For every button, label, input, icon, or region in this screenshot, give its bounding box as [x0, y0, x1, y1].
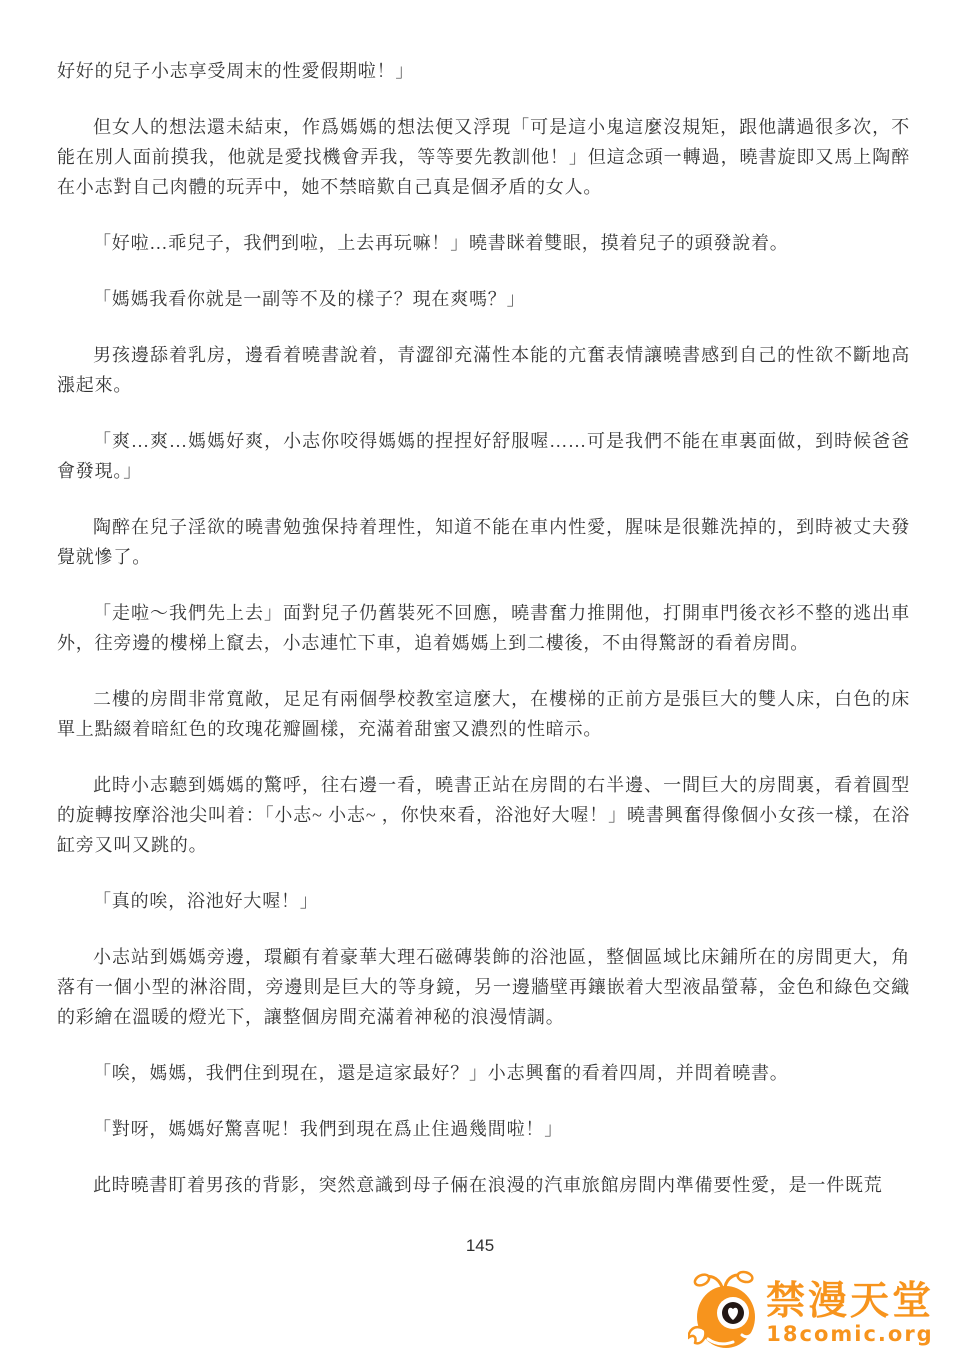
paragraph: 小志站到媽媽旁邊，環顧有着豪華大理石磁磚裝飾的浴池區，整個區域比床鋪所在的房間更…: [57, 942, 910, 1032]
paragraph: 此時小志聽到媽媽的驚呼，往右邊一看，曉書正站在房間的右半邊、一間巨大的房間裏，看…: [57, 770, 910, 860]
site-watermark: 禁漫天堂 18comic.org: [688, 1270, 934, 1355]
paragraph: 男孩邊舔着乳房，邊看着曉書說着，青澀卻充滿性本能的亢奮表情讓曉書感到自己的性欲不…: [57, 340, 910, 400]
paragraph: 此時曉書盯着男孩的背影，突然意識到母子倆在浪漫的汽車旅館房間内準備要性愛，是一件…: [57, 1170, 910, 1200]
paragraph: 「真的唉，浴池好大喔！」: [57, 886, 910, 916]
site-url: 18comic.org: [766, 1323, 933, 1345]
document-page: 好好的兒子小志享受周末的性愛假期啦！」但女人的想法還未結束，作爲媽媽的想法便又浮…: [0, 0, 960, 1357]
paragraph: 陶醉在兒子淫欲的曉書勉強保持着理性，知道不能在車内性愛，腥味是很難洗掉的，到時被…: [57, 512, 910, 572]
paragraph: 但女人的想法還未結束，作爲媽媽的想法便又浮現「可是這小鬼這麼沒規矩，跟他講過很多…: [57, 112, 910, 202]
paragraph: 好好的兒子小志享受周末的性愛假期啦！」: [57, 56, 910, 86]
mascot-icon: [688, 1270, 762, 1355]
paragraph: 「走啦～我們先上去」面對兒子仍舊裝死不回應，曉書奮力推開他，打開車門後衣衫不整的…: [57, 598, 910, 658]
paragraph: 「媽媽我看你就是一副等不及的樣子？現在爽嗎？」: [57, 284, 910, 314]
paragraph: 「唉，媽媽，我們住到現在，還是這家最好？」小志興奮的看着四周，并問着曉書。: [57, 1058, 910, 1088]
watermark-text: 禁漫天堂 18comic.org: [766, 1281, 934, 1345]
paragraph: 二樓的房間非常寬敞，足足有兩個學校教室這麼大，在樓梯的正前方是張巨大的雙人床，白…: [57, 684, 910, 744]
document-body: 好好的兒子小志享受周末的性愛假期啦！」但女人的想法還未結束，作爲媽媽的想法便又浮…: [57, 56, 910, 1226]
paragraph: 「爽…爽…媽媽好爽，小志你咬得媽媽的捏捏好舒服喔……可是我們不能在車裏面做，到時…: [57, 426, 910, 486]
paragraph: 「對呀，媽媽好驚喜呢！我們到現在爲止住過幾間啦！」: [57, 1114, 910, 1144]
site-name: 禁漫天堂: [766, 1281, 934, 1323]
paragraph: 「好啦…乖兒子，我們到啦，上去再玩嘛！」曉書眯着雙眼，摸着兒子的頭發說着。: [57, 228, 910, 258]
page-number: 145: [0, 1236, 960, 1256]
